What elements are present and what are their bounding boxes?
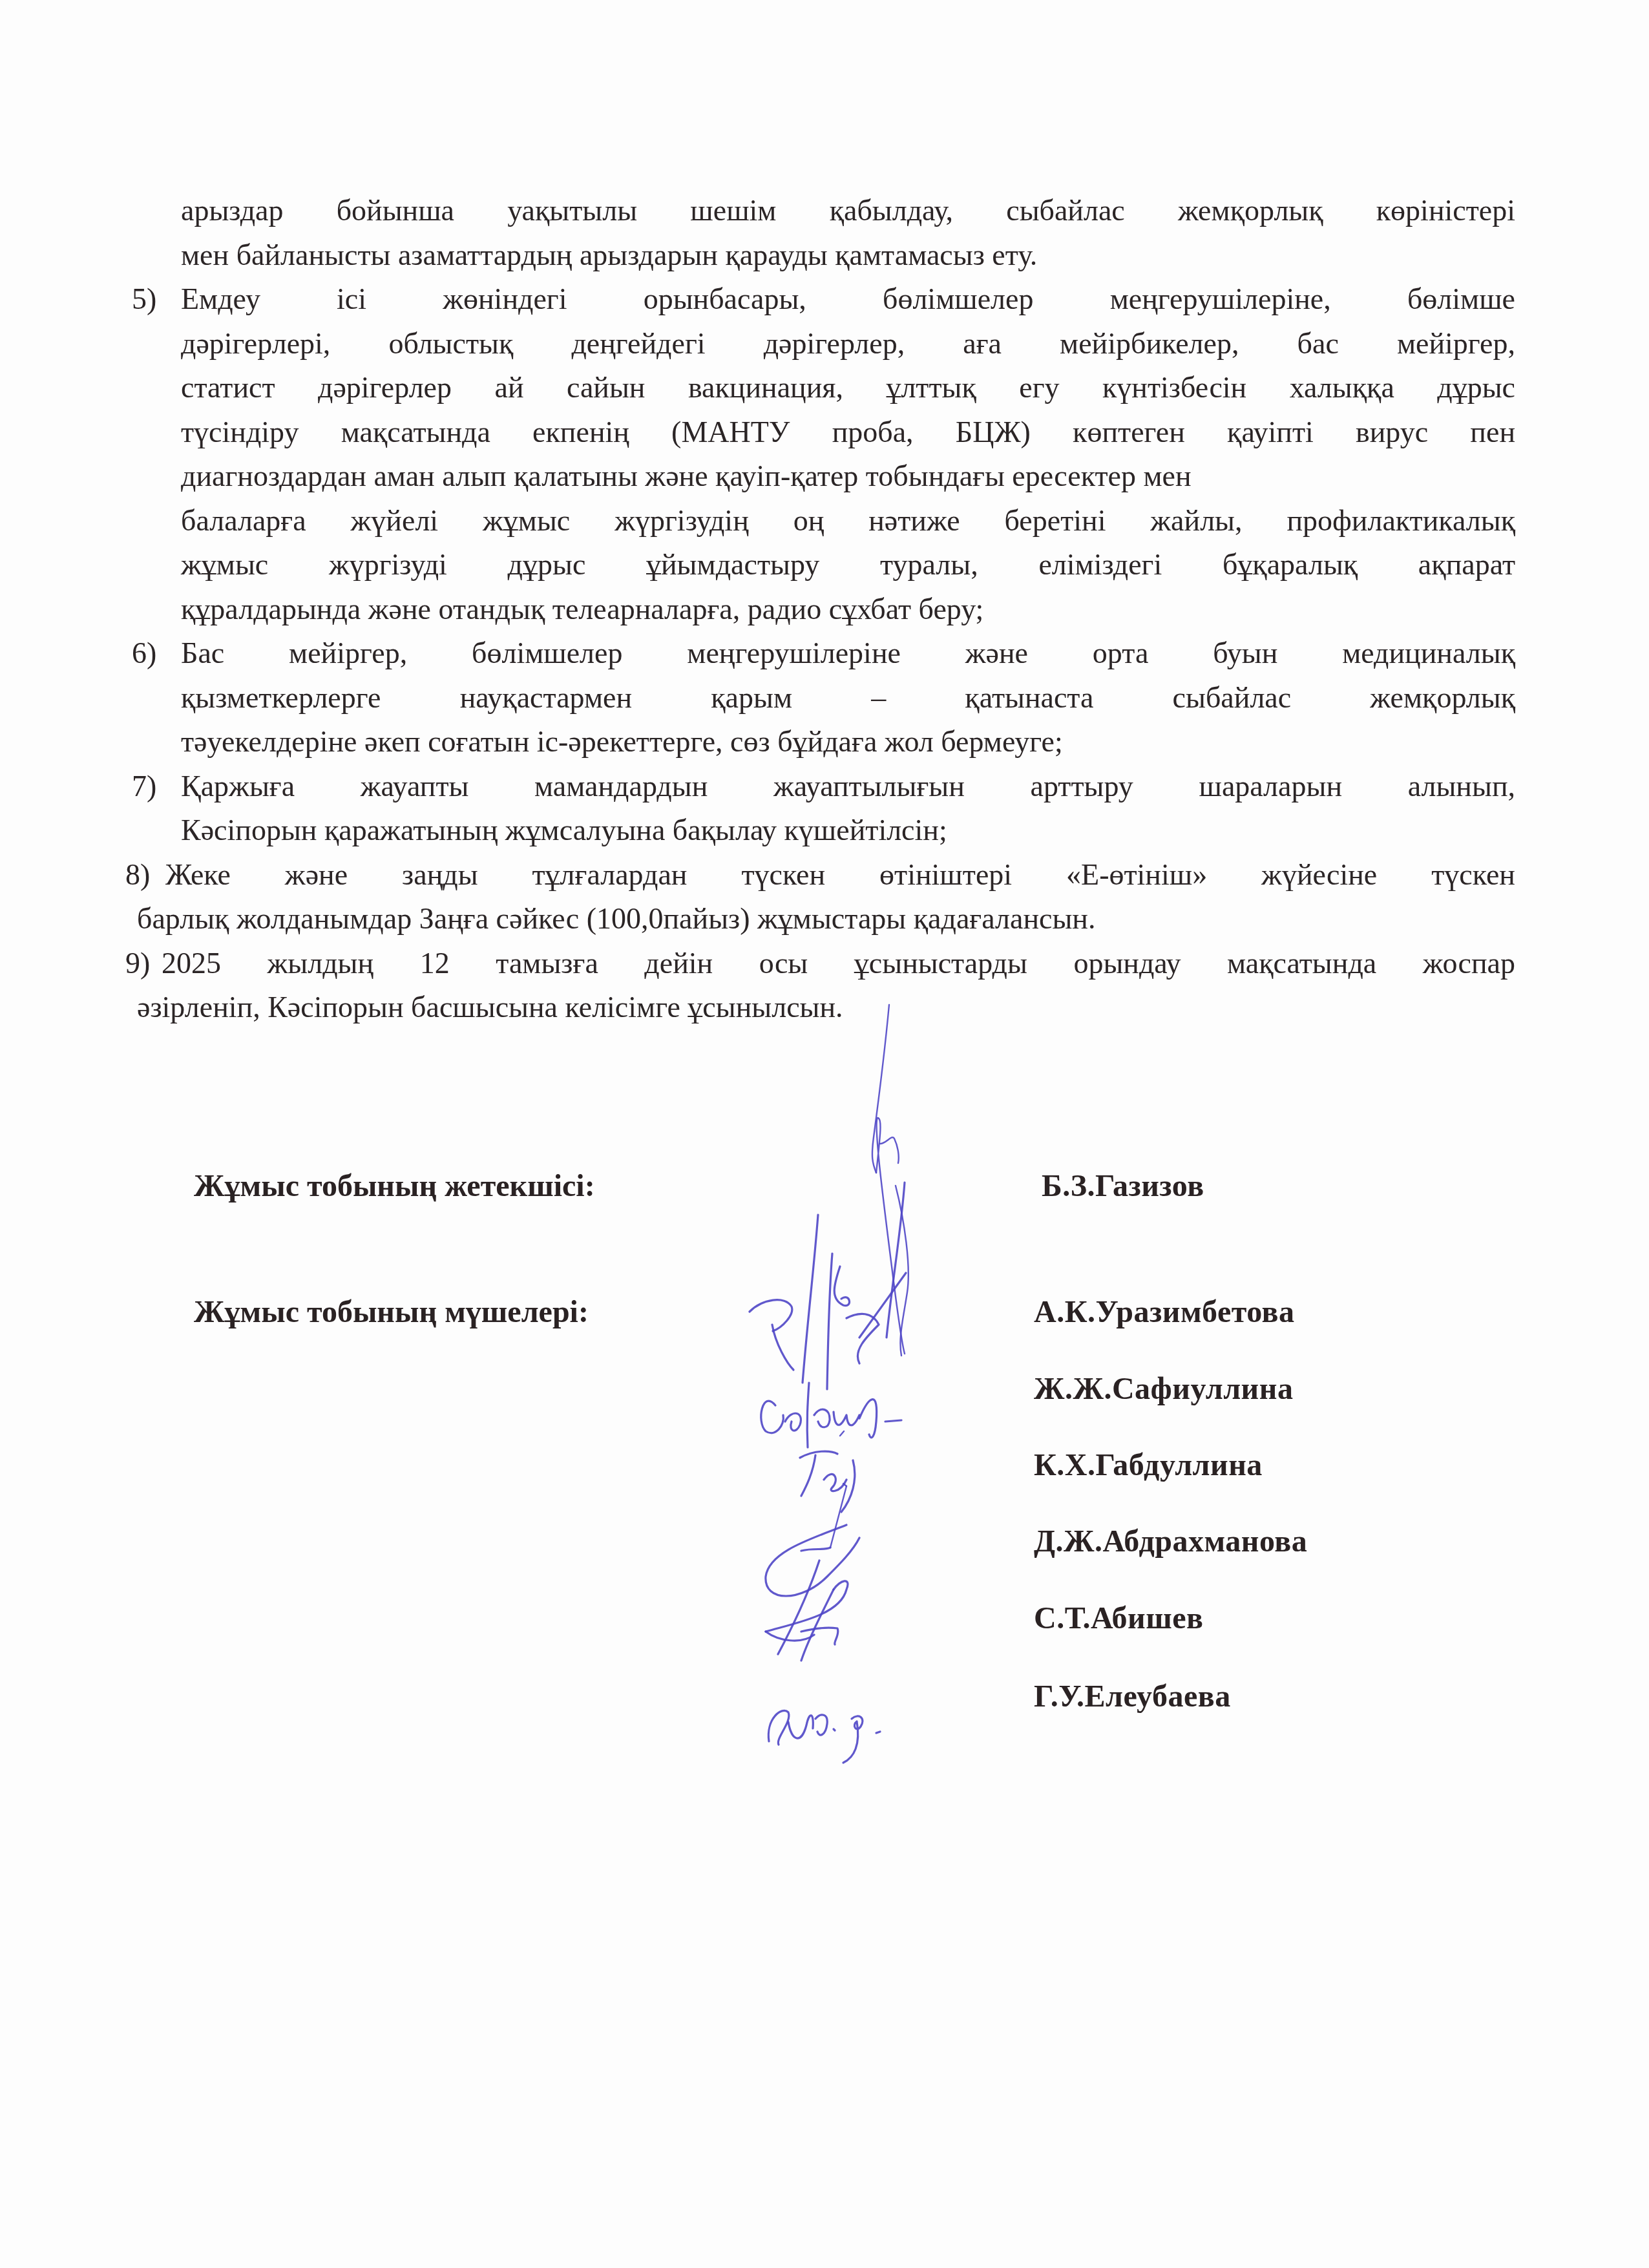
text-line: тәуекелдеріне әкеп соғатын іс-әрекеттерг… xyxy=(181,720,1515,764)
text-line: әзірленіп, Кәсіпорын басшысына келісімге… xyxy=(125,985,1515,1030)
document-body: арыздар бойынша уақытылы шешім қабылдау,… xyxy=(129,189,1515,1030)
leader-name: Б.З.Газизов xyxy=(1042,1168,1204,1204)
list-item-5: 5) Емдеу ісі жөніндегі орынбасары, бөлім… xyxy=(129,277,1515,631)
member-name: С.Т.Абишев xyxy=(1034,1601,1204,1636)
text-line: құралдарында және отандық телеарналарға,… xyxy=(181,587,1515,632)
members-label: Жұмыс тобының мүшелері: xyxy=(194,1294,589,1330)
text-line: жұмыс жүргізуді дұрыс ұйымдастыру туралы… xyxy=(181,543,1515,587)
member-name: Г.У.Елеубаева xyxy=(1034,1679,1231,1714)
text-line: мен байланысты азаматтардың арыздарын қа… xyxy=(181,233,1515,278)
list-number: 7) xyxy=(129,764,181,809)
leader-label: Жұмыс тобының жетекшісі: xyxy=(194,1168,595,1204)
list-item-8: 8) Жеке және заңды тұлғалардан түскен өт… xyxy=(125,853,1515,941)
list-item-text: Емдеу ісі жөніндегі орынбасары, бөлімшел… xyxy=(181,277,1515,631)
signature-member-2 xyxy=(761,1383,901,1447)
text-line: Қаржыға жауапты мамандардын жауаптылығын… xyxy=(181,764,1515,809)
list-item-text: Қаржыға жауапты мамандардын жауаптылығын… xyxy=(181,764,1515,853)
list-item-text: Бас мейіргер, бөлімшелер меңгерушілеріне… xyxy=(181,631,1515,764)
list-number: 5) xyxy=(129,277,181,322)
text-line: Жеке және заңды тұлғалардан түскен өтіні… xyxy=(165,853,1515,898)
member-name: Д.Ж.Абдрахманова xyxy=(1034,1524,1307,1559)
list-item-6: 6) Бас мейіргер, бөлімшелер меңгерушілер… xyxy=(129,631,1515,764)
text-line: дәрігерлері, облыстық деңгейдегі дәрігер… xyxy=(181,322,1515,366)
text-line: қызметкерлерге науқастармен қарым – қаты… xyxy=(181,676,1515,720)
text-line: статист дәрігерлер ай сайын вакцинация, … xyxy=(181,366,1515,410)
list-number: 6) xyxy=(129,631,181,676)
signature-leader xyxy=(872,1005,909,1356)
text-line: Кәсіпорын қаражатының жұмсалуына бақылау… xyxy=(181,808,1515,853)
list-number: 9) xyxy=(125,941,162,986)
signature-member-5 xyxy=(766,1560,848,1661)
text-line: 2025 жылдың 12 тамызға дейін осы ұсыныст… xyxy=(162,941,1515,986)
signature-member-3 xyxy=(800,1431,855,1512)
signature-member-6 xyxy=(768,1710,880,1763)
text-line: арыздар бойынша уақытылы шешім қабылдау,… xyxy=(181,189,1515,233)
text-line: балаларға жүйелі жұмыс жүргізудің оң нәт… xyxy=(181,499,1515,543)
document-page: арыздар бойынша уақытылы шешім қабылдау,… xyxy=(0,0,1649,2268)
intro-paragraph: арыздар бойынша уақытылы шешім қабылдау,… xyxy=(129,189,1515,277)
signature-member-1 xyxy=(750,1182,906,1389)
member-name: А.К.Уразимбетова xyxy=(1034,1294,1294,1330)
member-name: К.Х.Габдуллина xyxy=(1034,1447,1263,1483)
signature-member-4 xyxy=(766,1484,859,1596)
list-item-7: 7) Қаржыға жауапты мамандардын жауаптылы… xyxy=(129,764,1515,853)
list-number: 8) xyxy=(125,853,165,898)
text-line: түсіндіру мақсатында екпенің (МАНТУ проб… xyxy=(181,410,1515,455)
text-line: Емдеу ісі жөніндегі орынбасары, бөлімшел… xyxy=(181,277,1515,322)
text-line: барлық жолданымдар Заңға сәйкес (100,0па… xyxy=(125,897,1515,941)
list-item-9: 9) 2025 жылдың 12 тамызға дейін осы ұсын… xyxy=(125,941,1515,1030)
member-name: Ж.Ж.Сафиуллина xyxy=(1034,1371,1293,1407)
text-line: диагноздардан аман алып қалатыны және қа… xyxy=(181,454,1515,499)
text-line: Бас мейіргер, бөлімшелер меңгерушілеріне… xyxy=(181,631,1515,676)
